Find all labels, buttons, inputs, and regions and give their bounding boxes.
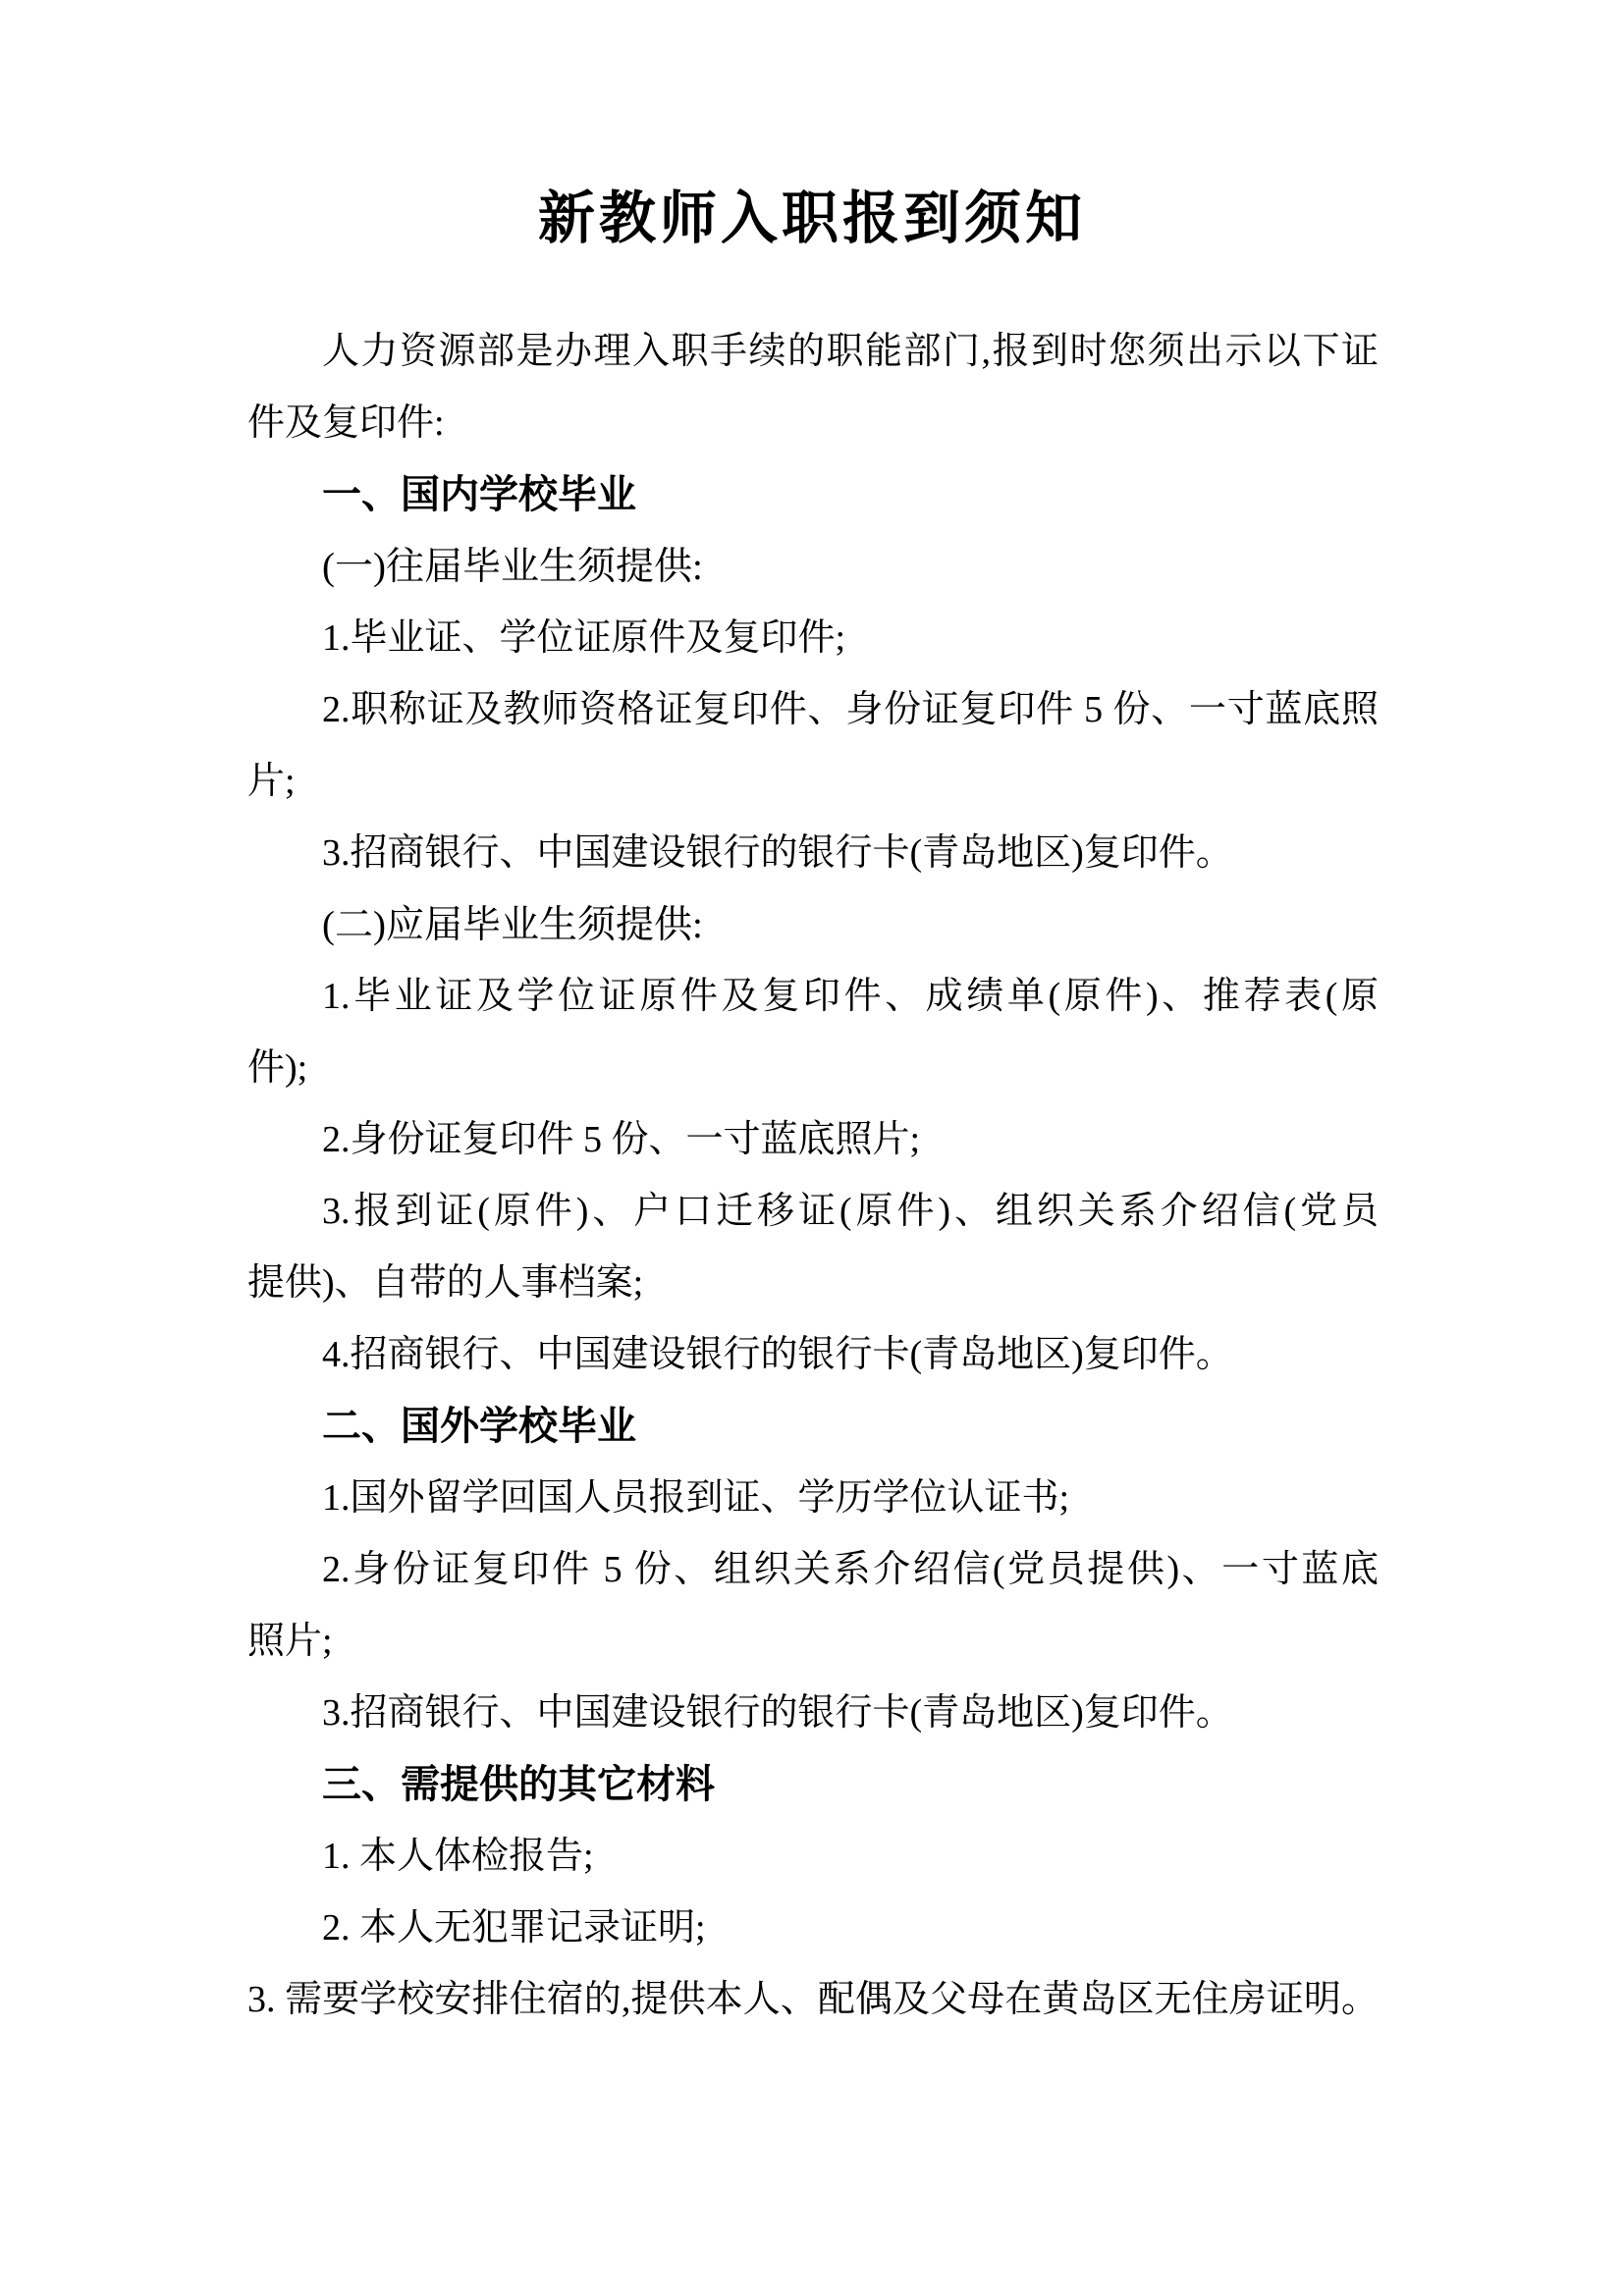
section-heading: 三、需提供的其它材料 <box>247 1749 1379 1821</box>
document-title: 新教师入职报到须知 <box>0 179 1624 259</box>
text-line: 2. 本人无犯罪记录证明; <box>247 1893 1379 1964</box>
text-line: 1.毕业证及学位证原件及复印件、成绩单(原件)、推荐表(原 <box>247 961 1379 1033</box>
sub-section-heading: (二)应届毕业生须提供: <box>247 889 1379 961</box>
section-heading: 二、国外学校毕业 <box>247 1391 1379 1463</box>
text-line: 1.国外留学回国人员报到证、学历学位认证书; <box>247 1463 1379 1534</box>
text-line: 片; <box>247 746 1379 818</box>
text-line: 2.职称证及教师资格证复印件、身份证复印件 5 份、一寸蓝底照 <box>247 674 1379 746</box>
text-line: 件及复印件: <box>247 388 1379 459</box>
text-line: 3.报到证(原件)、户口迁移证(原件)、组织关系介绍信(党员 <box>247 1176 1379 1248</box>
text-line: 3.招商银行、中国建设银行的银行卡(青岛地区)复印件。 <box>247 1678 1379 1749</box>
text-line: 提供)、自带的人事档案; <box>247 1248 1379 1319</box>
text-line: 2.身份证复印件 5 份、组织关系介绍信(党员提供)、一寸蓝底 <box>247 1534 1379 1606</box>
text-line: 4.招商银行、中国建设银行的银行卡(青岛地区)复印件。 <box>247 1319 1379 1391</box>
section-heading: 一、国内学校毕业 <box>247 459 1379 531</box>
document-body: 人力资源部是办理入职手续的职能部门,报到时您须出示以下证件及复印件:一、国内学校… <box>247 316 1379 2036</box>
text-line: 件); <box>247 1033 1379 1104</box>
document-page: 新教师入职报到须知 人力资源部是办理入职手续的职能部门,报到时您须出示以下证件及… <box>0 0 1624 2296</box>
text-line: 3.招商银行、中国建设银行的银行卡(青岛地区)复印件。 <box>247 818 1379 889</box>
text-line: 照片; <box>247 1606 1379 1678</box>
text-line: 1.毕业证、学位证原件及复印件; <box>247 603 1379 674</box>
text-line: 3. 需要学校安排住宿的,提供本人、配偶及父母在黄岛区无住房证明。 <box>247 1964 1379 2036</box>
text-line: 2.身份证复印件 5 份、一寸蓝底照片; <box>247 1104 1379 1176</box>
text-line: 1. 本人体检报告; <box>247 1821 1379 1893</box>
text-line: 人力资源部是办理入职手续的职能部门,报到时您须出示以下证 <box>247 316 1379 388</box>
sub-section-heading: (一)往届毕业生须提供: <box>247 531 1379 603</box>
